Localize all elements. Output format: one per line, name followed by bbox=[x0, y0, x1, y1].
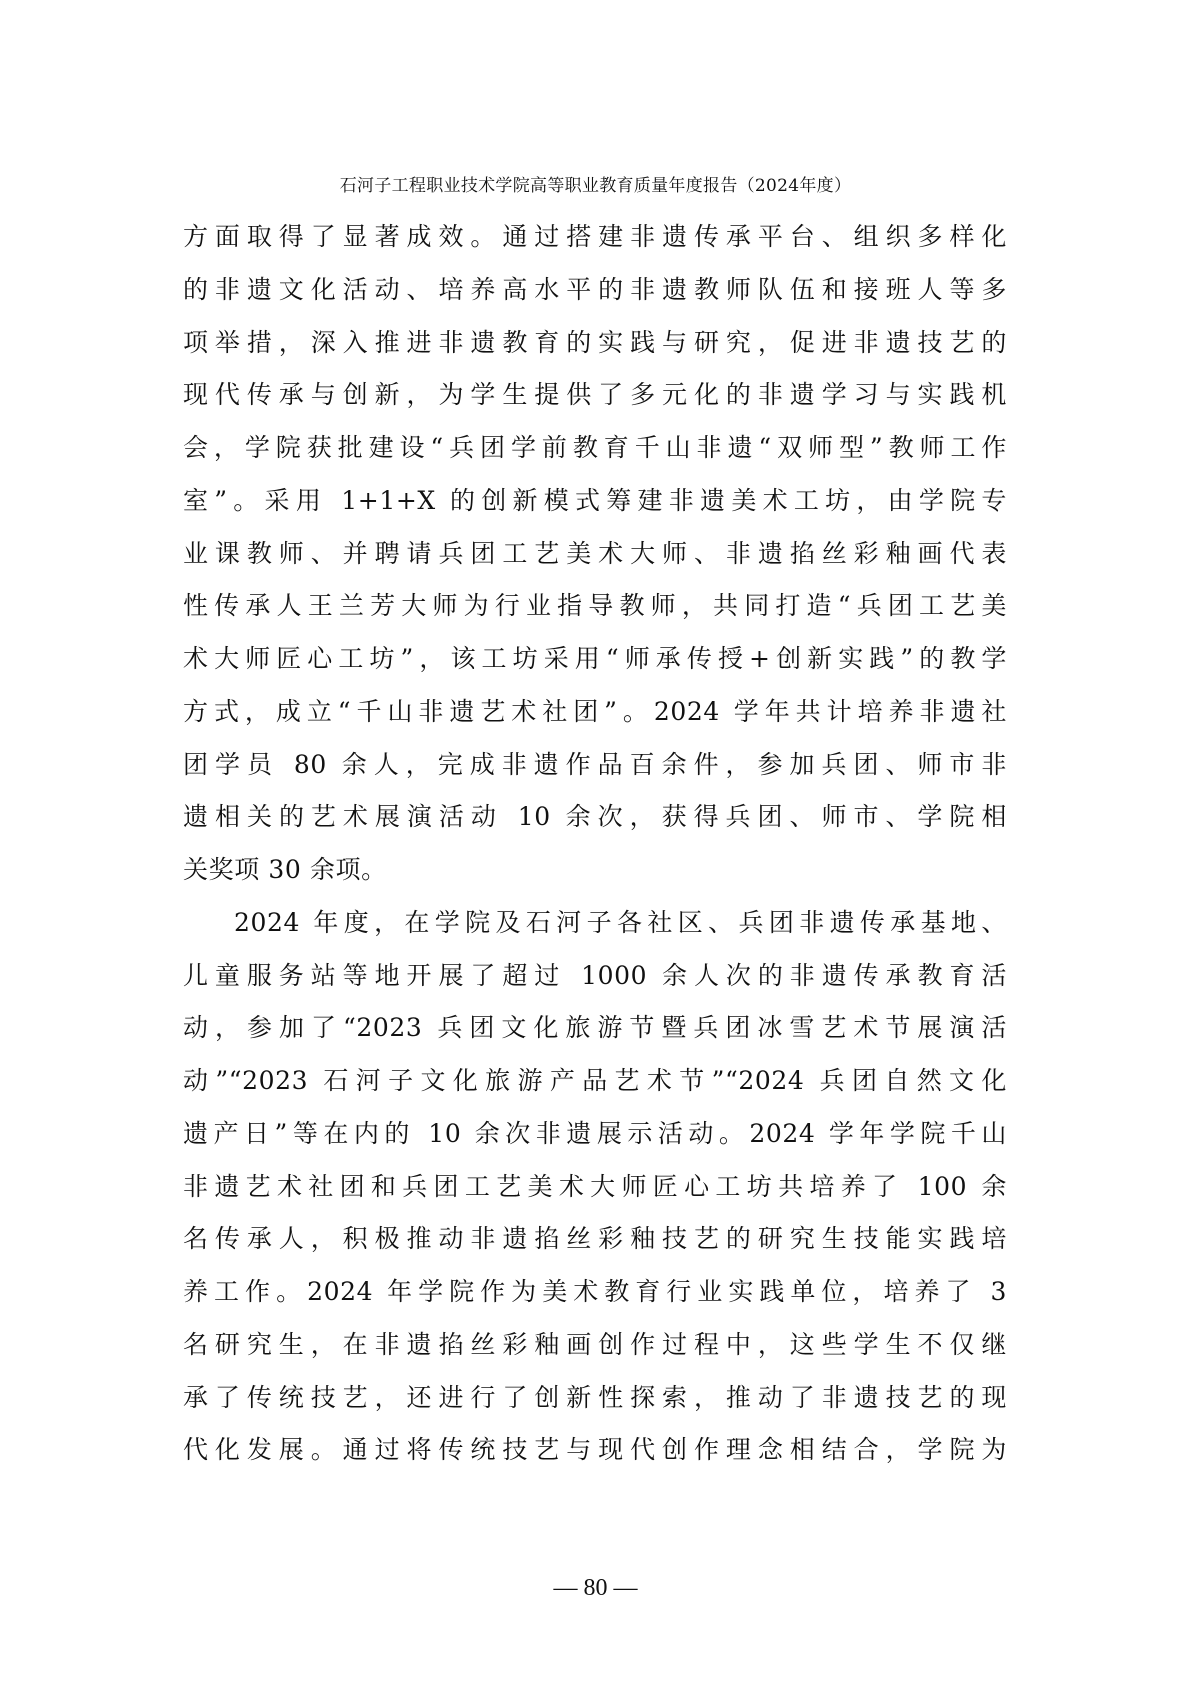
body-line: 方式，成立“千山非遗艺术社团”。2024 学年共计培养非遗社 bbox=[183, 686, 1007, 739]
body-line: 代化发展。通过将传统技艺与现代创作理念相结合，学院为 bbox=[183, 1424, 1007, 1477]
body-line: 遗产日”等在内的 10 余次非遗展示活动。2024 学年学院千山 bbox=[183, 1108, 1007, 1161]
body-line: 养工作。2024 年学院作为美术教育行业实践单位，培养了 3 bbox=[183, 1266, 1007, 1319]
body-line: 承了传统技艺，还进行了创新性探索，推动了非遗技艺的现 bbox=[183, 1372, 1007, 1425]
running-header: 石河子工程职业技术学院高等职业教育质量年度报告（2024年度） bbox=[0, 174, 1191, 198]
body-line: 的非遗文化活动、培养高水平的非遗教师队伍和接班人等多 bbox=[183, 264, 1007, 317]
body-line: 名传承人，积极推动非遗掐丝彩釉技艺的研究生技能实践培 bbox=[183, 1213, 1007, 1266]
body-line: 动，参加了“2023 兵团文化旅游节暨兵团冰雪艺术节展演活 bbox=[183, 1002, 1007, 1055]
body-line: 名研究生，在非遗掐丝彩釉画创作过程中，这些学生不仅继 bbox=[183, 1319, 1007, 1372]
body-line: 项举措，深入推进非遗教育的实践与研究，促进非遗技艺的 bbox=[183, 317, 1007, 370]
paragraph-end-line: 关奖项 30 余项。 bbox=[183, 844, 1013, 897]
body-line: 现代传承与创新，为学生提供了多元化的非遗学习与实践机 bbox=[183, 369, 1007, 422]
body-line: 团学员 80 余人，完成非遗作品百余件，参加兵团、师市非 bbox=[183, 739, 1007, 792]
body-line: 儿童服务站等地开展了超过 1000 余人次的非遗传承教育活 bbox=[183, 950, 1007, 1003]
body-line: 业课教师、并聘请兵团工艺美术大师、非遗掐丝彩釉画代表 bbox=[183, 528, 1007, 581]
body-line: 非遗艺术社团和兵团工艺美术大师匠心工坊共培养了 100 余 bbox=[183, 1161, 1007, 1214]
body-line: 动”“2023 石河子文化旅游产品艺术节”“2024 兵团自然文化 bbox=[183, 1055, 1007, 1108]
body-line: 术大师匠心工坊”，该工坊采用“师承传授+创新实践”的教学 bbox=[183, 633, 1007, 686]
body-text: 方面取得了显著成效。通过搭建非遗传承平台、组织多样化 的非遗文化活动、培养高水平… bbox=[183, 211, 1013, 1477]
body-line: 性传承人王兰芳大师为行业指导教师，共同打造“兵团工艺美 bbox=[183, 580, 1007, 633]
paragraph-start-line: 2024 年度，在学院及石河子各社区、兵团非遗传承基地、 bbox=[183, 897, 1007, 950]
body-line: 方面取得了显著成效。通过搭建非遗传承平台、组织多样化 bbox=[183, 211, 1007, 264]
body-line: 遗相关的艺术展演活动 10 余次，获得兵团、师市、学院相 bbox=[183, 791, 1007, 844]
page-number: — 80 — bbox=[0, 1574, 1191, 1602]
body-line: 会，学院获批建设“兵团学前教育千山非遗“双师型”教师工作 bbox=[183, 422, 1007, 475]
body-line: 室”。采用 1+1+X 的创新模式筹建非遗美术工坊，由学院专 bbox=[183, 475, 1007, 528]
